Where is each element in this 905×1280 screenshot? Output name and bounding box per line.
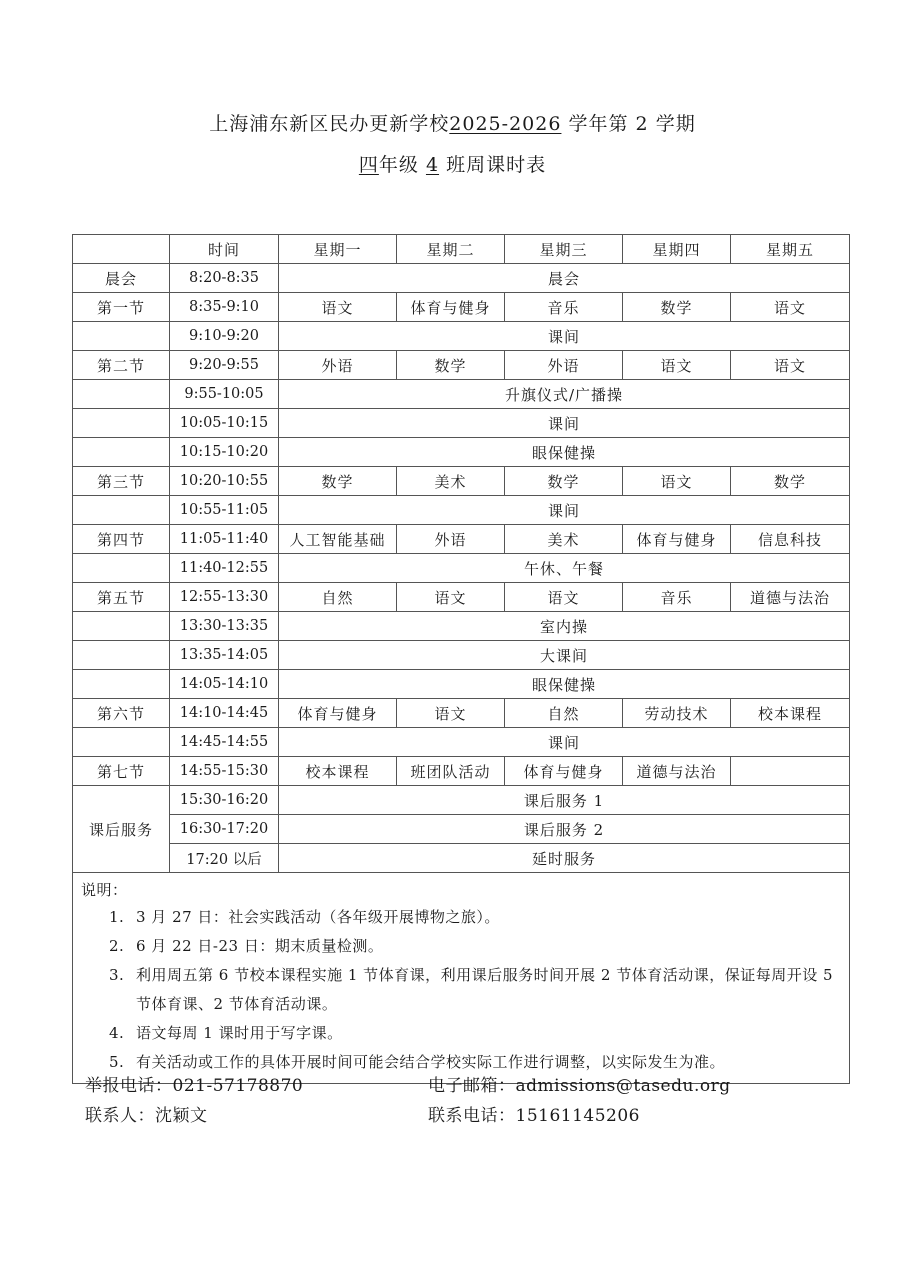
subject-cell: 班团队活动 — [397, 757, 505, 786]
time-cell: 9:55-10:05 — [170, 380, 279, 409]
column-header: 星期二 — [397, 235, 505, 264]
subject-cell: 音乐 — [623, 583, 731, 612]
grade: 四 — [359, 154, 379, 176]
subject-cell: 外语 — [279, 351, 397, 380]
subject-cell: 外语 — [505, 351, 623, 380]
subject-cell: 体育与健身 — [279, 699, 397, 728]
subject-cell: 语文 — [505, 583, 623, 612]
time-cell: 8:20-8:35 — [170, 264, 279, 293]
column-header: 星期一 — [279, 235, 397, 264]
subject-cell: 信息科技 — [731, 525, 850, 554]
table-row: 14:45-14:55课间 — [73, 728, 850, 757]
subject-cell: 语文 — [731, 351, 850, 380]
note-number: 4. — [109, 1019, 136, 1048]
school-year-suffix: 学年第 — [568, 113, 628, 135]
note-text: 利用周五第 6 节校本课程实施 1 节体育课，利用课后服务时间开展 2 节体育活… — [136, 961, 843, 1019]
period-cell: 第二节 — [73, 351, 170, 380]
activity-span-cell: 午休、午餐 — [279, 554, 850, 583]
period-cell: 第六节 — [73, 699, 170, 728]
school-year: 2025-2026 — [449, 113, 561, 135]
column-header: 星期四 — [623, 235, 731, 264]
table-row: 10:15-10:20眼保健操 — [73, 438, 850, 467]
note-number: 2. — [109, 932, 136, 961]
activity-span-cell: 课间 — [279, 322, 850, 351]
after-school-row: 课后服务15:30-16:20课后服务 1 — [73, 786, 850, 815]
header-row: 时间星期一星期二星期三星期四星期五 — [73, 235, 850, 264]
activity-span-cell: 大课间 — [279, 641, 850, 670]
contact-phone: 联系电话：15161145206 — [428, 1101, 640, 1126]
note-number: 3. — [109, 961, 136, 1019]
document-title: 上海浦东新区民办更新学校2025-2026 学年第 2 学期 — [0, 111, 905, 137]
note-number: 1. — [109, 903, 136, 932]
note-item: 3.利用周五第 6 节校本课程实施 1 节体育课，利用课后服务时间开展 2 节体… — [79, 961, 843, 1019]
term-number: 2 — [636, 113, 649, 135]
subject-cell: 数学 — [731, 467, 850, 496]
subject-cell: 数学 — [397, 351, 505, 380]
time-cell: 9:20-9:55 — [170, 351, 279, 380]
activity-span-cell: 课间 — [279, 409, 850, 438]
time-cell: 14:05-14:10 — [170, 670, 279, 699]
time-cell: 13:35-14:05 — [170, 641, 279, 670]
column-header: 时间 — [170, 235, 279, 264]
column-header: 星期三 — [505, 235, 623, 264]
notes-row: 说明：1.3 月 27 日：社会实践活动（各年级开展博物之旅）。2.6 月 22… — [73, 873, 850, 1084]
activity-span-cell: 课后服务 2 — [279, 815, 850, 844]
time-cell: 14:45-14:55 — [170, 728, 279, 757]
subject-cell: 道德与法治 — [731, 583, 850, 612]
class-suffix: 班周课时表 — [446, 154, 546, 176]
table-row: 14:05-14:10眼保健操 — [73, 670, 850, 699]
period-cell — [73, 496, 170, 525]
time-cell: 16:30-17:20 — [170, 815, 279, 844]
after-school-row: 16:30-17:20课后服务 2 — [73, 815, 850, 844]
period-cell — [73, 554, 170, 583]
time-cell: 10:20-10:55 — [170, 467, 279, 496]
period-cell — [73, 670, 170, 699]
table-row: 13:30-13:35室内操 — [73, 612, 850, 641]
subject-cell: 数学 — [279, 467, 397, 496]
note-text: 6 月 22 日-23 日：期末质量检测。 — [136, 932, 843, 961]
subject-cell: 语文 — [397, 699, 505, 728]
time-cell: 17:20 以后 — [170, 844, 279, 873]
table-row: 9:55-10:05升旗仪式/广播操 — [73, 380, 850, 409]
note-item: 4.语文每周 1 课时用于写字课。 — [79, 1019, 843, 1048]
subject-cell: 校本课程 — [731, 699, 850, 728]
note-text: 3 月 27 日：社会实践活动（各年级开展博物之旅）。 — [136, 903, 843, 932]
note-text: 语文每周 1 课时用于写字课。 — [136, 1019, 843, 1048]
subject-cell: 语文 — [623, 351, 731, 380]
note-item: 1.3 月 27 日：社会实践活动（各年级开展博物之旅）。 — [79, 903, 843, 932]
table-row: 第一节8:35-9:10语文体育与健身音乐数学语文 — [73, 293, 850, 322]
subject-cell: 美术 — [397, 467, 505, 496]
time-cell: 8:35-9:10 — [170, 293, 279, 322]
table-row: 第五节12:55-13:30自然语文语文音乐道德与法治 — [73, 583, 850, 612]
subject-cell: 数学 — [623, 293, 731, 322]
period-cell — [73, 409, 170, 438]
subject-cell: 语文 — [279, 293, 397, 322]
subject-cell: 人工智能基础 — [279, 525, 397, 554]
activity-span-cell: 室内操 — [279, 612, 850, 641]
period-cell: 第四节 — [73, 525, 170, 554]
table-row: 第三节10:20-10:55数学美术数学语文数学 — [73, 467, 850, 496]
subject-cell: 音乐 — [505, 293, 623, 322]
class-number: 4 — [426, 154, 439, 176]
subject-cell: 语文 — [623, 467, 731, 496]
period-cell — [73, 322, 170, 351]
activity-span-cell: 课间 — [279, 496, 850, 525]
period-cell — [73, 380, 170, 409]
table-row: 第六节14:10-14:45体育与健身语文自然劳动技术校本课程 — [73, 699, 850, 728]
period-cell: 第五节 — [73, 583, 170, 612]
activity-span-cell: 升旗仪式/广播操 — [279, 380, 850, 409]
subject-cell: 道德与法治 — [623, 757, 731, 786]
subject-cell: 美术 — [505, 525, 623, 554]
period-cell: 晨会 — [73, 264, 170, 293]
time-cell: 10:55-11:05 — [170, 496, 279, 525]
header-corner — [73, 235, 170, 264]
table-row: 10:05-10:15课间 — [73, 409, 850, 438]
table-row: 晨会8:20-8:35晨会 — [73, 264, 850, 293]
activity-span-cell: 晨会 — [279, 264, 850, 293]
subject-cell: 劳动技术 — [623, 699, 731, 728]
subject-cell: 语文 — [731, 293, 850, 322]
activity-span-cell: 眼保健操 — [279, 670, 850, 699]
time-cell: 11:40-12:55 — [170, 554, 279, 583]
activity-span-cell: 眼保健操 — [279, 438, 850, 467]
period-cell: 第七节 — [73, 757, 170, 786]
period-cell — [73, 641, 170, 670]
table-row: 10:55-11:05课间 — [73, 496, 850, 525]
time-cell: 10:15-10:20 — [170, 438, 279, 467]
table-row: 13:35-14:05大课间 — [73, 641, 850, 670]
activity-span-cell: 延时服务 — [279, 844, 850, 873]
note-item: 2.6 月 22 日-23 日：期末质量检测。 — [79, 932, 843, 961]
period-cell — [73, 438, 170, 467]
time-cell: 14:10-14:45 — [170, 699, 279, 728]
time-cell: 12:55-13:30 — [170, 583, 279, 612]
subject-cell: 体育与健身 — [505, 757, 623, 786]
period-cell: 第三节 — [73, 467, 170, 496]
activity-span-cell: 课间 — [279, 728, 850, 757]
table-row: 第七节14:55-15:30校本课程班团队活动体育与健身道德与法治 — [73, 757, 850, 786]
time-cell: 15:30-16:20 — [170, 786, 279, 815]
report-phone: 举报电话：021-57178870 — [85, 1071, 303, 1096]
school-name: 上海浦东新区民办更新学校 — [209, 113, 449, 135]
time-cell: 14:55-15:30 — [170, 757, 279, 786]
timetable: 时间星期一星期二星期三星期四星期五晨会8:20-8:35晨会第一节8:35-9:… — [72, 234, 850, 1084]
document-subtitle: 四年级 4 班周课时表 — [0, 152, 905, 178]
notes-title: 说明： — [81, 877, 843, 903]
period-cell — [73, 612, 170, 641]
subject-cell: 数学 — [505, 467, 623, 496]
subject-cell: 自然 — [279, 583, 397, 612]
time-cell: 11:05-11:40 — [170, 525, 279, 554]
time-cell: 9:10-9:20 — [170, 322, 279, 351]
column-header: 星期五 — [731, 235, 850, 264]
email: 电子邮箱：admissions@tasedu.org — [428, 1071, 731, 1096]
subject-cell: 外语 — [397, 525, 505, 554]
table-row: 第二节9:20-9:55外语数学外语语文语文 — [73, 351, 850, 380]
period-cell: 第一节 — [73, 293, 170, 322]
after-school-label: 课后服务 — [73, 786, 170, 873]
time-cell: 13:30-13:35 — [170, 612, 279, 641]
period-cell — [73, 728, 170, 757]
table-row: 9:10-9:20课间 — [73, 322, 850, 351]
contact-person: 联系人：沈颖文 — [85, 1101, 208, 1126]
time-cell: 10:05-10:15 — [170, 409, 279, 438]
after-school-row: 17:20 以后延时服务 — [73, 844, 850, 873]
term-suffix: 学期 — [656, 113, 696, 135]
subject-cell: 体育与健身 — [397, 293, 505, 322]
subject-cell: 自然 — [505, 699, 623, 728]
subject-cell: 校本课程 — [279, 757, 397, 786]
subject-cell — [731, 757, 850, 786]
subject-cell: 体育与健身 — [623, 525, 731, 554]
notes-list: 1.3 月 27 日：社会实践活动（各年级开展博物之旅）。2.6 月 22 日-… — [79, 903, 843, 1077]
notes-cell: 说明：1.3 月 27 日：社会实践活动（各年级开展博物之旅）。2.6 月 22… — [73, 873, 850, 1084]
table-row: 第四节11:05-11:40人工智能基础外语美术体育与健身信息科技 — [73, 525, 850, 554]
subject-cell: 语文 — [397, 583, 505, 612]
grade-suffix: 年级 — [379, 154, 419, 176]
activity-span-cell: 课后服务 1 — [279, 786, 850, 815]
table-row: 11:40-12:55午休、午餐 — [73, 554, 850, 583]
